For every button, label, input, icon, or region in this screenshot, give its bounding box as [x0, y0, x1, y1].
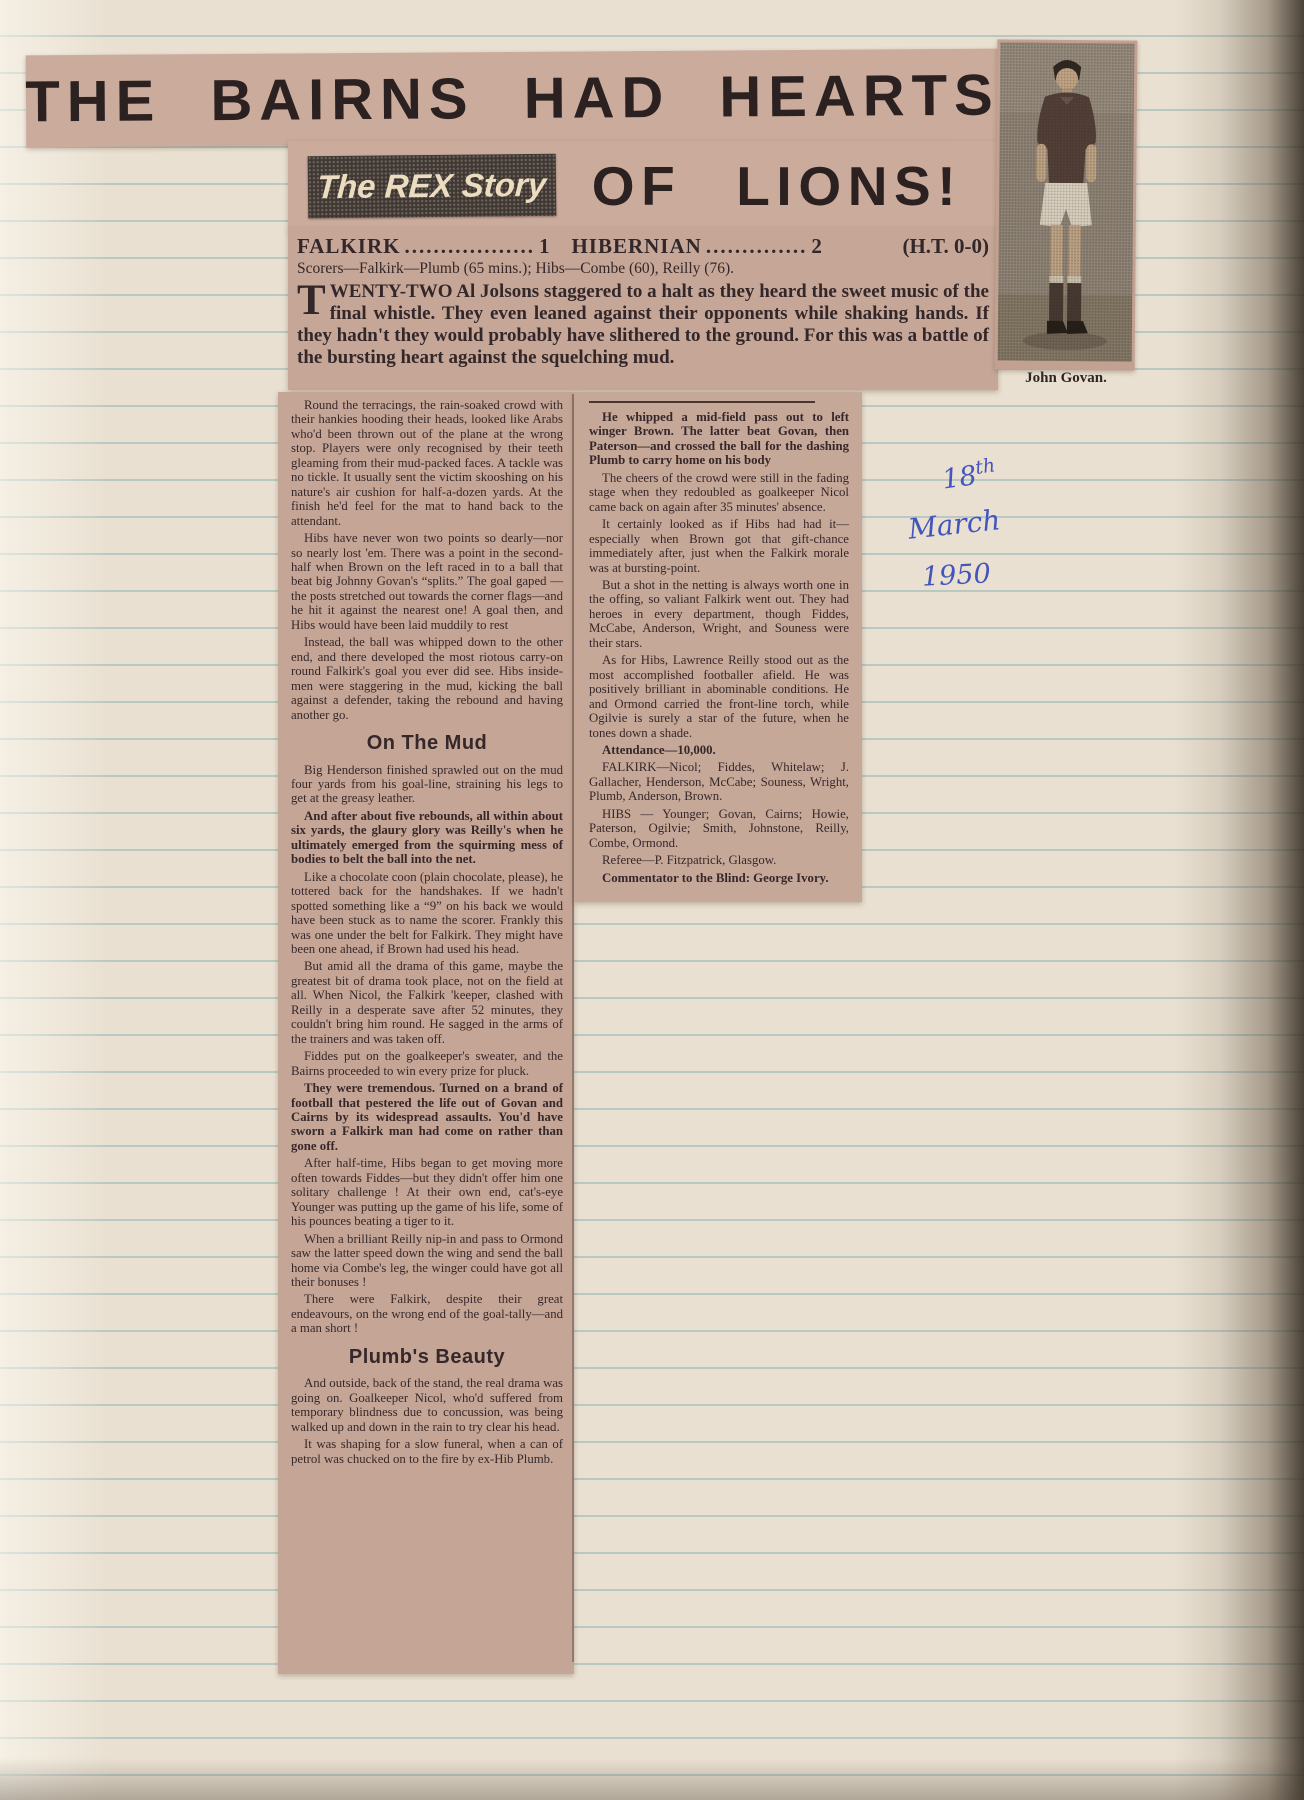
- article-paragraph: HIBS — Younger; Govan, Cairns; Howie, Pa…: [589, 807, 849, 850]
- article-paragraph: They were tremendous. Turned on a brand …: [291, 1081, 563, 1153]
- article-paragraph: And outside, back of the stand, the real…: [291, 1376, 563, 1434]
- john-govan-photo: [998, 42, 1135, 361]
- article-paragraph: Instead, the ball was whipped down to th…: [291, 635, 563, 722]
- handwritten-year: 1950: [921, 558, 991, 593]
- article-paragraph: Attendance—10,000.: [589, 743, 849, 757]
- photo-clipping: [995, 39, 1138, 370]
- scorers-line: Scorers—Falkirk—Plumb (65 mins.); Hibs—C…: [297, 260, 989, 278]
- article-paragraph: Big Henderson finished sprawled out on t…: [291, 763, 563, 806]
- article-paragraph: On The Mud: [291, 732, 563, 755]
- photo-caption: John Govan.: [988, 370, 1144, 387]
- article-paragraph: Fiddes put on the goalkeeper's sweater, …: [291, 1049, 563, 1078]
- article-paragraph: But amid all the drama of this game, may…: [291, 959, 563, 1046]
- article-paragraph: Referee—P. Fitzpatrick, Glasgow.: [589, 853, 849, 867]
- half-time-score: (H.T. 0-0): [902, 234, 989, 259]
- column-divider-rule: [572, 394, 574, 1662]
- scoreline: FALKIRK .................. 1 HIBERNIAN .…: [297, 234, 989, 259]
- article-paragraph: There were Falkirk, despite their great …: [291, 1292, 563, 1335]
- handwritten-day-number: 18: [940, 460, 978, 495]
- headline-line1: THE BAIRNS HAD HEARTS: [26, 61, 999, 135]
- lead-dropcap: T: [297, 281, 330, 318]
- home-dots: ..................: [404, 234, 535, 259]
- page-bottom-shadow: [0, 1758, 1304, 1800]
- headline-clipping-top: THE BAIRNS HAD HEARTS: [26, 49, 999, 148]
- article-paragraph: It certainly looked as if Hibs had had i…: [589, 517, 849, 575]
- article-paragraph: Like a chocolate coon (plain chocolate, …: [291, 870, 563, 957]
- book-right-edge: [1174, 0, 1304, 1800]
- away-score: 2: [811, 234, 822, 259]
- handwritten-day-suffix: th: [974, 454, 997, 479]
- away-team-name: HIBERNIAN: [571, 234, 701, 259]
- article-paragraph: He whipped a mid-field pass out to left …: [589, 410, 849, 468]
- home-team-name: FALKIRK: [297, 234, 400, 259]
- article-paragraph: After half-time, Hibs began to get movin…: [291, 1156, 563, 1228]
- article-paragraph: And after about five rebounds, all withi…: [291, 809, 563, 867]
- column-top-rule: [589, 401, 815, 403]
- article-paragraph: The cheers of the crowd were still in th…: [589, 471, 849, 514]
- lead-paragraph: TWENTY-TWO Al Jolsons staggered to a hal…: [297, 281, 989, 368]
- article-paragraph: As for Hibs, Lawrence Reilly stood out a…: [589, 653, 849, 740]
- halftone-texture: [998, 42, 1135, 361]
- article-paragraph: Commentator to the Blind: George Ivory.: [589, 871, 849, 885]
- headline-clipping-bottom: The REX Story OF LIONS!: [288, 141, 998, 231]
- article-paragraph: But a shot in the netting is always wort…: [589, 578, 849, 650]
- article-paragraph: It was shaping for a slow funeral, when …: [291, 1437, 563, 1466]
- article-paragraph: FALKIRK—Nicol; Fiddes, Whitelaw; J. Gall…: [589, 760, 849, 803]
- rex-story-badge-label: The REX Story: [316, 166, 547, 206]
- article-right-column-body: He whipped a mid-field pass out to left …: [589, 410, 849, 885]
- score-and-lead-clipping: FALKIRK .................. 1 HIBERNIAN .…: [288, 228, 998, 390]
- article-left-column: Round the terracings, the rain-soaked cr…: [278, 392, 574, 1674]
- away-dots: ..............: [706, 234, 808, 259]
- article-paragraph: When a brilliant Reilly nip-in and pass …: [291, 1232, 563, 1290]
- page-left-highlight: [0, 0, 110, 1800]
- article-paragraph: Plumb's Beauty: [291, 1346, 563, 1369]
- lead-text: WENTY-TWO Al Jolsons staggered to a halt…: [297, 281, 989, 368]
- rex-story-badge: The REX Story: [308, 154, 557, 219]
- article-right-column: He whipped a mid-field pass out to left …: [574, 392, 862, 902]
- article-paragraph: Hibs have never won two points so dearly…: [291, 531, 563, 632]
- article-paragraph: Round the terracings, the rain-soaked cr…: [291, 398, 563, 528]
- home-score: 1: [539, 234, 550, 259]
- headline-line2: OF LIONS!: [556, 154, 998, 218]
- scrapbook-page: THE BAIRNS HAD HEARTS The REX Story OF L…: [0, 0, 1304, 1800]
